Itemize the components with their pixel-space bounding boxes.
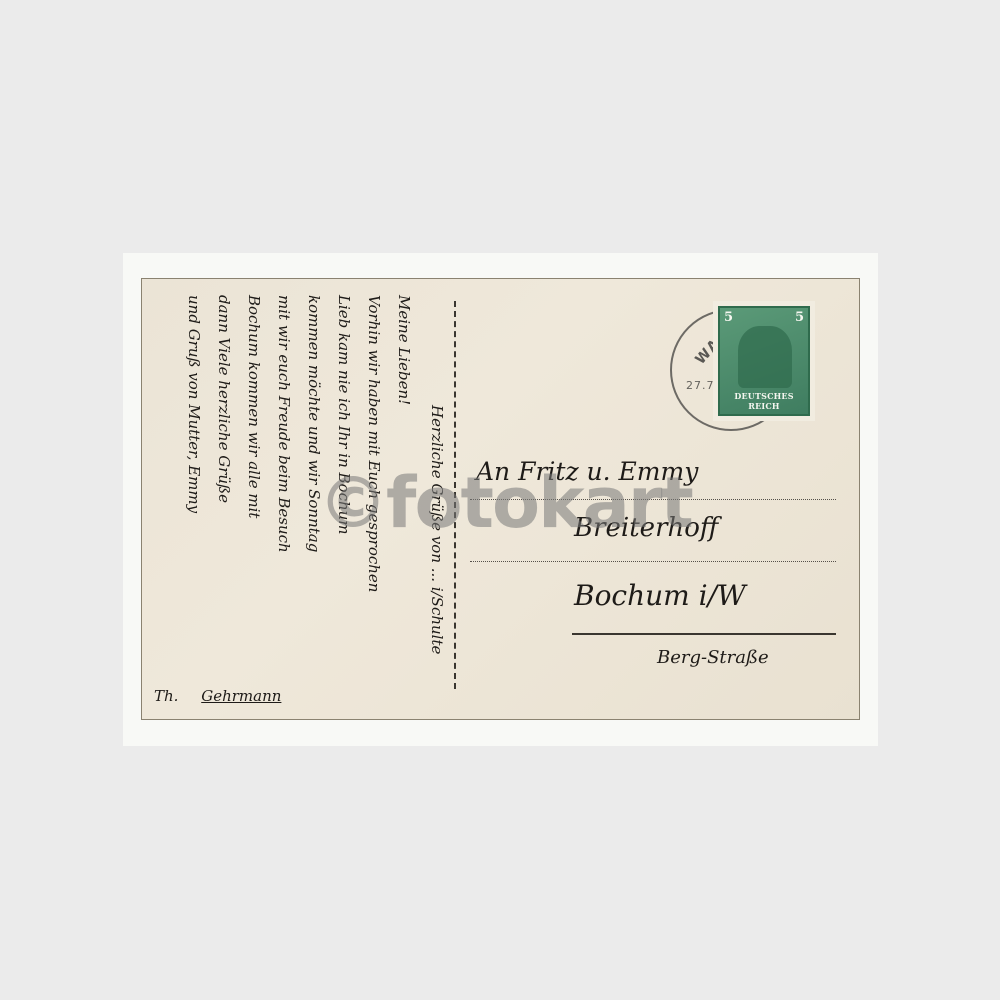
address-line-underline	[572, 633, 836, 635]
address-recipient: An Fritz u. Emmy	[476, 457, 698, 486]
message-area: Meine Lieben! Vorhin wir haben mit Euch …	[148, 285, 448, 715]
signature: Th. Gehrmann	[154, 687, 281, 705]
message-line: mit wir euch Freude beim Besuch	[275, 295, 293, 553]
address-city: Bochum i/W	[574, 579, 746, 612]
address-line	[470, 561, 836, 562]
message-line: Lieb kam nie ich Ihr in Bochum	[335, 295, 353, 535]
postcard: Meine Lieben! Vorhin wir haben mit Euch …	[141, 278, 860, 720]
stamp-value: 5	[724, 310, 733, 325]
divider-line	[454, 301, 456, 689]
stamp-design: 5 5 DEUTSCHES REICH	[718, 306, 810, 416]
stamp-value: 5	[795, 310, 804, 325]
message-line: Meine Lieben!	[395, 295, 413, 405]
address-street: Berg-Straße	[657, 647, 769, 668]
message-line: Bochum kommen wir alle mit	[245, 295, 263, 518]
postage-stamp: 5 5 DEUTSCHES REICH	[713, 301, 815, 421]
message-line: kommen möchte und wir Sonntag	[305, 295, 323, 552]
signature-name: Gehrmann	[201, 687, 281, 705]
germania-figure-icon	[738, 326, 792, 388]
address-line	[470, 499, 836, 500]
message-side-note: Herzliche Grüße von ... i/Schulte	[428, 405, 446, 654]
message-line: dann Viele herzliche Grüße	[215, 295, 233, 503]
address-name: Breiterhoff	[574, 513, 718, 543]
message-line: und Gruß von Mutter, Emmy	[185, 295, 203, 513]
signature-initial: Th.	[154, 687, 178, 705]
stamp-country: DEUTSCHES REICH	[720, 391, 808, 411]
message-line: Vorhin wir haben mit Euch gesprochen	[365, 295, 383, 592]
